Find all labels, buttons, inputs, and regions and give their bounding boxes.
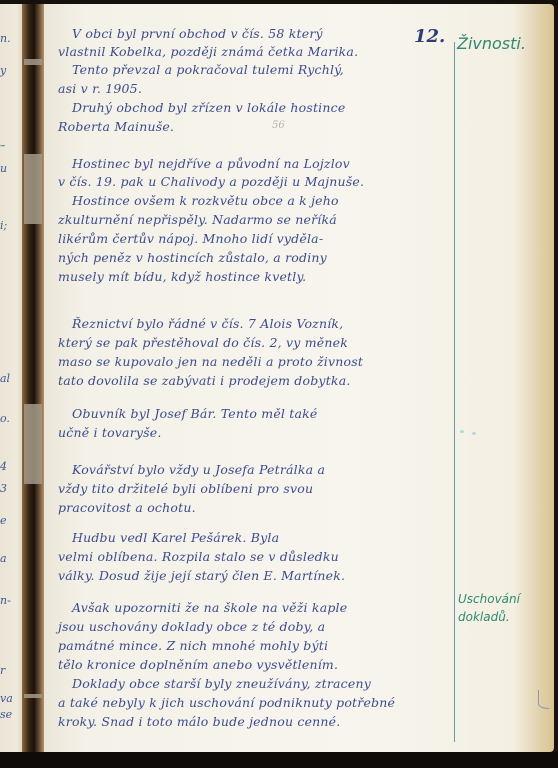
text-line: vždy tito držitelé byli oblíbeni pro svo… xyxy=(58,481,313,496)
text-line: Hudbu vedl Karel Pešárek. Byla xyxy=(72,530,279,545)
margin-note-line: Uschování xyxy=(458,590,520,608)
text-line: tato dovolila se zabývati i prodejem dob… xyxy=(58,373,351,388)
prev-page-fragment: n- xyxy=(0,594,11,607)
pen-stroke xyxy=(538,690,549,709)
text-line: jsou uschovány doklady obce z té doby, a xyxy=(58,619,325,634)
text-line: kroky. Snad i toto málo bude jednou cenn… xyxy=(58,714,340,729)
prev-page-fragment: se xyxy=(0,708,12,721)
prev-page-fragment: a xyxy=(0,552,7,565)
ink-spot xyxy=(472,432,476,435)
prev-page-fragment: e xyxy=(0,514,7,527)
text-line: ných peněz v hostincích zůstalo, a rodin… xyxy=(58,250,327,265)
text-line: Hostinec byl nejdříve a původní na Lojzl… xyxy=(72,156,350,171)
text-line: maso se kupovalo jen na neděli a proto ž… xyxy=(58,354,363,369)
prev-page-fragment: u xyxy=(0,162,7,175)
text-line: Avšak upozorniti že na škole na věži kap… xyxy=(72,600,347,615)
ink-spot xyxy=(460,430,464,433)
text-line: pracovitost a ochotu. xyxy=(58,500,196,515)
text-line: Druhý obchod byl zřízen v lokále hostinc… xyxy=(72,100,345,115)
prev-page-fragment: i; xyxy=(0,219,7,232)
book-spine xyxy=(22,4,44,754)
text-line: v čís. 19. pak u Chalivody a později u M… xyxy=(58,174,364,189)
text-line: velmi oblíbena. Rozpila stalo se v důsle… xyxy=(58,549,339,564)
prev-page-fragment: n. xyxy=(0,32,11,45)
text-line: a také nebyly k jich uschování podniknut… xyxy=(58,695,395,710)
previous-page-edge: n. y – u i; al o. 4 3 e a n- r va se xyxy=(0,4,24,754)
text-line: zkulturnění nepřispěly. Nadarmo se neřík… xyxy=(58,212,337,227)
prev-page-fragment: 4 xyxy=(0,460,7,473)
text-line: Kovářství bylo vždy u Josefa Petrálka a xyxy=(72,462,325,477)
prev-page-fragment: al xyxy=(0,372,10,385)
text-line: Řeznictví bylo řádné v čís. 7 Alois Vozn… xyxy=(72,316,343,331)
text-line: učně i tovaryše. xyxy=(58,425,162,440)
binding-thread xyxy=(24,694,42,698)
text-line: Obuvník byl Josef Bár. Tento měl také xyxy=(72,406,318,421)
margin-rule xyxy=(454,42,455,742)
prev-page-fragment: – xyxy=(0,139,6,152)
binding-thread xyxy=(24,154,42,224)
text-line: vlastnil Kobelka, později známá četka Ma… xyxy=(58,44,358,59)
scanned-book-spread: n. y – u i; al o. 4 3 e a n- r va se 12.… xyxy=(0,0,558,768)
pencil-annotation: 56 xyxy=(272,120,285,131)
scan-bottom-border xyxy=(0,752,558,768)
text-line: asi v r. 1905. xyxy=(58,81,142,96)
text-line: tělo kronice doplněním anebo vysvětlením… xyxy=(58,657,338,672)
text-line: Roberta Mainuše. xyxy=(58,119,174,134)
prev-page-fragment: va xyxy=(0,692,13,705)
text-line: musely mít bídu, když hostince kvetly. xyxy=(58,269,306,284)
text-line: Hostince ovšem k rozkvětu obce a k jeho xyxy=(72,193,339,208)
text-line: Doklady obce starší byly zneužívány, ztr… xyxy=(72,676,371,691)
text-line: který se pak přestěhoval do čís. 2, vy m… xyxy=(58,335,348,350)
manuscript-page: 12. 56 Živnosti. Uschování dokladů. V ob… xyxy=(44,4,554,752)
binding-thread xyxy=(24,404,42,484)
prev-page-fragment: r xyxy=(0,664,5,677)
text-line: památné mince. Z nich mnohé mohly býti xyxy=(58,638,328,653)
text-line: války. Dosud žije její starý člen E. Mar… xyxy=(58,568,345,583)
margin-heading-zivnosti: Živnosti. xyxy=(457,34,526,53)
binding-thread xyxy=(24,59,42,65)
prev-page-fragment: o. xyxy=(0,412,10,425)
prev-page-fragment: y xyxy=(0,64,6,77)
text-line: V obci byl první obchod v čís. 58 který xyxy=(72,26,323,41)
prev-page-fragment: 3 xyxy=(0,482,7,495)
page-number: 12. xyxy=(414,26,445,47)
text-line: likérům čertův nápoj. Mnoho lidí vyděla- xyxy=(58,231,323,246)
margin-note-line: dokladů. xyxy=(458,608,510,626)
text-line: Tento převzal a pokračoval tulemi Rychlý… xyxy=(72,62,344,77)
